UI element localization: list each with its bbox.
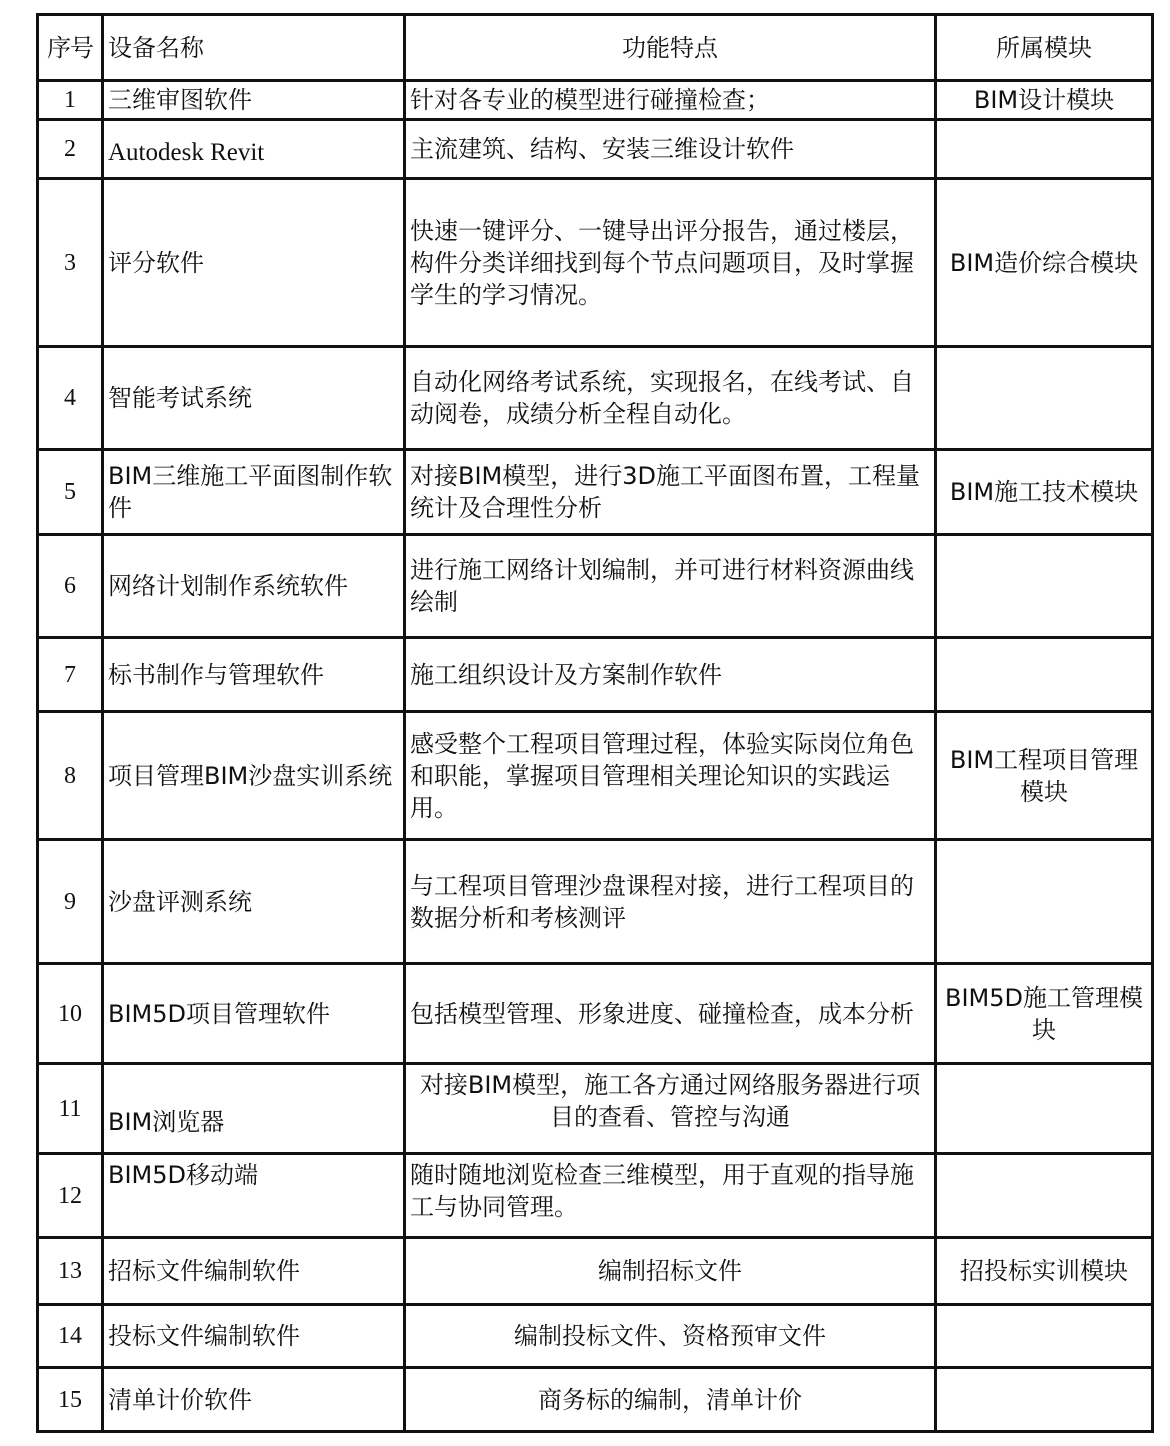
cell-no: 13 — [38, 1238, 103, 1305]
table-row: 10 BIM5D项目管理软件 包括模型管理、形象进度、碰撞检查，成本分析 BIM… — [38, 964, 1153, 1064]
cell-name: 三维审图软件 — [103, 81, 405, 120]
cell-name: BIM浏览器 — [103, 1064, 405, 1154]
cell-name: 智能考试系统 — [103, 347, 405, 450]
cell-module: BIM5D施工管理模块 — [936, 964, 1153, 1064]
table-row: 9 沙盘评测系统 与工程项目管理沙盘课程对接，进行工程项目的数据分析和考核测评 — [38, 840, 1153, 964]
cell-no: 11 — [38, 1064, 103, 1154]
cell-features: 快速一键评分、一键导出评分报告，通过楼层，构件分类详细找到每个节点问题项目，及时… — [405, 179, 936, 347]
cell-features: 与工程项目管理沙盘课程对接，进行工程项目的数据分析和考核测评 — [405, 840, 936, 964]
cell-module: BIM造价综合模块 — [936, 179, 1153, 347]
cell-features: 进行施工网络计划编制，并可进行材料资源曲线绘制 — [405, 535, 936, 638]
table-row: 13 招标文件编制软件 编制招标文件 招投标实训模块 — [38, 1238, 1153, 1305]
cell-features: 随时随地浏览检查三维模型，用于直观的指导施工与协同管理。 — [405, 1154, 936, 1238]
cell-module — [936, 840, 1153, 964]
cell-name: 评分软件 — [103, 179, 405, 347]
cell-name: 清单计价软件 — [103, 1368, 405, 1432]
cell-features: 施工组织设计及方案制作软件 — [405, 638, 936, 712]
table-row: 6 网络计划制作系统软件 进行施工网络计划编制，并可进行材料资源曲线绘制 — [38, 535, 1153, 638]
cell-no: 15 — [38, 1368, 103, 1432]
cell-features: 编制投标文件、资格预审文件 — [405, 1305, 936, 1368]
cell-module — [936, 1064, 1153, 1154]
table-row: 12 BIM5D移动端 随时随地浏览检查三维模型，用于直观的指导施工与协同管理。 — [38, 1154, 1153, 1238]
cell-no: 4 — [38, 347, 103, 450]
cell-features: 编制招标文件 — [405, 1238, 936, 1305]
header-name: 设备名称 — [103, 15, 405, 81]
table-row: 7 标书制作与管理软件 施工组织设计及方案制作软件 — [38, 638, 1153, 712]
cell-name: Autodesk Revit — [103, 120, 405, 179]
cell-no: 14 — [38, 1305, 103, 1368]
cell-name: 标书制作与管理软件 — [103, 638, 405, 712]
table-row: 2 Autodesk Revit 主流建筑、结构、安装三维设计软件 — [38, 120, 1153, 179]
cell-module — [936, 347, 1153, 450]
cell-no: 10 — [38, 964, 103, 1064]
cell-no: 3 — [38, 179, 103, 347]
header-no: 序号 — [38, 15, 103, 81]
cell-no: 2 — [38, 120, 103, 179]
equipment-table: 序号 设备名称 功能特点 所属模块 1 三维审图软件 针对各专业的模型进行碰撞检… — [36, 13, 1154, 1433]
cell-name: 投标文件编制软件 — [103, 1305, 405, 1368]
table-row: 14 投标文件编制软件 编制投标文件、资格预审文件 — [38, 1305, 1153, 1368]
header-features: 功能特点 — [405, 15, 936, 81]
cell-features: 对接BIM模型，进行3D施工平面图布置，工程量统计及合理性分析 — [405, 450, 936, 535]
cell-no: 7 — [38, 638, 103, 712]
cell-name: BIM5D移动端 — [103, 1154, 405, 1238]
cell-module — [936, 1368, 1153, 1432]
table-row: 1 三维审图软件 针对各专业的模型进行碰撞检查； BIM设计模块 — [38, 81, 1153, 120]
table-row: 8 项目管理BIM沙盘实训系统 感受整个工程项目管理过程，体验实际岗位角色和职能… — [38, 712, 1153, 840]
table-row: 4 智能考试系统 自动化网络考试系统，实现报名，在线考试、自动阅卷，成绩分析全程… — [38, 347, 1153, 450]
cell-name: 网络计划制作系统软件 — [103, 535, 405, 638]
cell-features: 自动化网络考试系统，实现报名，在线考试、自动阅卷，成绩分析全程自动化。 — [405, 347, 936, 450]
cell-module — [936, 120, 1153, 179]
cell-name: 项目管理BIM沙盘实训系统 — [103, 712, 405, 840]
cell-name: BIM三维施工平面图制作软件 — [103, 450, 405, 535]
cell-module: 招投标实训模块 — [936, 1238, 1153, 1305]
cell-name: BIM5D项目管理软件 — [103, 964, 405, 1064]
table-header-row: 序号 设备名称 功能特点 所属模块 — [38, 15, 1153, 81]
cell-features: 针对各专业的模型进行碰撞检查； — [405, 81, 936, 120]
cell-module — [936, 535, 1153, 638]
cell-module: BIM设计模块 — [936, 81, 1153, 120]
cell-module: BIM施工技术模块 — [936, 450, 1153, 535]
cell-name: 沙盘评测系统 — [103, 840, 405, 964]
header-module: 所属模块 — [936, 15, 1153, 81]
cell-no: 5 — [38, 450, 103, 535]
cell-features: 对接BIM模型，施工各方通过网络服务器进行项目的查看、管控与沟通 — [405, 1064, 936, 1154]
cell-module — [936, 1154, 1153, 1238]
cell-name: 招标文件编制软件 — [103, 1238, 405, 1305]
table-row: 5 BIM三维施工平面图制作软件 对接BIM模型，进行3D施工平面图布置，工程量… — [38, 450, 1153, 535]
cell-features: 商务标的编制，清单计价 — [405, 1368, 936, 1432]
cell-no: 8 — [38, 712, 103, 840]
table-row: 11 BIM浏览器 对接BIM模型，施工各方通过网络服务器进行项目的查看、管控与… — [38, 1064, 1153, 1154]
cell-features: 主流建筑、结构、安装三维设计软件 — [405, 120, 936, 179]
cell-module: BIM工程项目管理模块 — [936, 712, 1153, 840]
table-row: 3 评分软件 快速一键评分、一键导出评分报告，通过楼层，构件分类详细找到每个节点… — [38, 179, 1153, 347]
cell-no: 9 — [38, 840, 103, 964]
cell-module — [936, 1305, 1153, 1368]
cell-no: 6 — [38, 535, 103, 638]
cell-module — [936, 638, 1153, 712]
cell-features: 包括模型管理、形象进度、碰撞检查，成本分析 — [405, 964, 936, 1064]
cell-features: 感受整个工程项目管理过程，体验实际岗位角色和职能，掌握项目管理相关理论知识的实践… — [405, 712, 936, 840]
table-row: 15 清单计价软件 商务标的编制，清单计价 — [38, 1368, 1153, 1432]
cell-no: 1 — [38, 81, 103, 120]
cell-no: 12 — [38, 1154, 103, 1238]
